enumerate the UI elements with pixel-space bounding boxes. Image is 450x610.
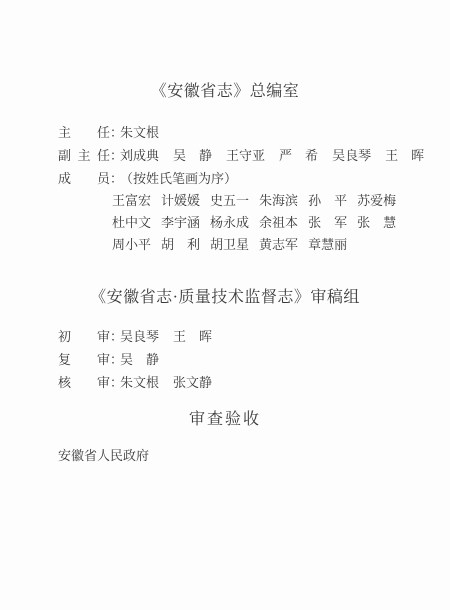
role-label-char: 主	[58, 121, 71, 144]
member-row: 周小平胡 利胡卫星黄志军章慧丽	[112, 234, 450, 256]
names-list: 吴 静	[120, 348, 173, 371]
role-row: 成员：（按姓氏笔画为序）	[58, 167, 450, 190]
person-name: 杨永成	[210, 212, 249, 234]
member-row: 王富宏计媛媛史五一朱海滨孙 平苏爱梅	[112, 190, 450, 212]
role-label-char: 核	[58, 371, 71, 394]
role-label-char: 审	[97, 371, 110, 394]
person-name: 李宇涵	[161, 212, 200, 234]
person-name: 王 晖	[385, 144, 424, 167]
person-name: 计媛媛	[161, 190, 200, 212]
person-name: 吴良琴	[332, 144, 371, 167]
person-name: 刘成典	[120, 144, 159, 167]
person-name: 杜中文	[112, 212, 151, 234]
person-name: 张文静	[173, 371, 212, 394]
person-name: 周小平	[112, 234, 151, 256]
role-label-char: 任	[97, 121, 110, 144]
role-label-char: 副	[58, 144, 71, 167]
colon: ：	[110, 348, 120, 371]
names-list: （按姓氏笔画为序）	[120, 167, 251, 190]
role-row: 主任：朱文根	[58, 121, 450, 144]
person-name: 王 晖	[173, 325, 212, 348]
role-label-char: 成	[58, 167, 71, 190]
role-label: 核审	[58, 371, 110, 394]
person-name: 朱文根	[120, 121, 159, 144]
person-name: 王守亚	[226, 144, 265, 167]
role-label-char: 初	[58, 325, 71, 348]
role-row: 初审：吴良琴王 晖	[58, 325, 450, 348]
person-name: 吴 静	[173, 144, 212, 167]
role-label: 主任	[58, 121, 110, 144]
person-name: 张 军	[308, 212, 347, 234]
person-name: 余祖本	[259, 212, 298, 234]
role-label: 初审	[58, 325, 110, 348]
person-name: 朱海滨	[259, 190, 298, 212]
names-list: 朱文根张文静	[120, 371, 226, 394]
role-label-char: 审	[97, 348, 110, 371]
person-name: 黄志军	[259, 234, 298, 256]
person-name: 胡卫星	[210, 234, 249, 256]
role-label-char: 审	[97, 325, 110, 348]
names-list: 吴良琴王 晖	[120, 325, 226, 348]
role-label-char: 主	[77, 144, 90, 167]
person-name: 章慧丽	[308, 234, 347, 256]
person-name: 吴 静	[120, 348, 159, 371]
colon: ：	[110, 121, 120, 144]
role-label-char: 复	[58, 348, 71, 371]
role-label-char: 员	[97, 167, 110, 190]
role-label-char: 任	[97, 144, 110, 167]
government-line: 安徽省人民政府	[58, 448, 450, 463]
editorial-roles: 主任：朱文根副主任：刘成典吴 静王守亚严 希吴良琴王 晖成员：（按姓氏笔画为序）	[58, 121, 450, 190]
person-name: 吴良琴	[120, 325, 159, 348]
role-row: 复审：吴 静	[58, 348, 450, 371]
person-name: 苏爱梅	[357, 190, 396, 212]
person-name: 胡 利	[161, 234, 200, 256]
section2-title: 《安徽省志·质量技术监督志》审稿组	[0, 287, 450, 308]
person-name: 朱文根	[120, 371, 159, 394]
colon: ：	[110, 325, 120, 348]
role-label: 复审	[58, 348, 110, 371]
names-list: 朱文根	[120, 121, 173, 144]
section1-title: 《安徽省志》总编室	[0, 82, 450, 102]
person-name: 王富宏	[112, 190, 151, 212]
acceptance-title: 审查验收	[0, 410, 450, 430]
person-name: 史五一	[210, 190, 249, 212]
document-page: 《安徽省志》总编室 主任：朱文根副主任：刘成典吴 静王守亚严 希吴良琴王 晖成员…	[0, 0, 450, 610]
review-roles: 初审：吴良琴王 晖复审：吴 静核审：朱文根张文静	[58, 325, 450, 394]
members-list: 王富宏计媛媛史五一朱海滨孙 平苏爱梅杜中文李宇涵杨永成余祖本张 军张 慧周小平胡…	[112, 190, 450, 256]
colon: ：	[110, 371, 120, 394]
person-name: 孙 平	[308, 190, 347, 212]
role-label: 成员	[58, 167, 110, 190]
colon: ：	[110, 144, 120, 167]
role-row: 副主任：刘成典吴 静王守亚严 希吴良琴王 晖	[58, 144, 450, 167]
person-name: 张 慧	[357, 212, 396, 234]
member-row: 杜中文李宇涵杨永成余祖本张 军张 慧	[112, 212, 450, 234]
colon: ：	[110, 167, 120, 190]
sort-note: （按姓氏笔画为序）	[120, 167, 237, 190]
names-list: 刘成典吴 静王守亚严 希吴良琴王 晖	[120, 144, 438, 167]
person-name: 严 希	[279, 144, 318, 167]
role-row: 核审：朱文根张文静	[58, 371, 450, 394]
role-label: 副主任	[58, 144, 110, 167]
